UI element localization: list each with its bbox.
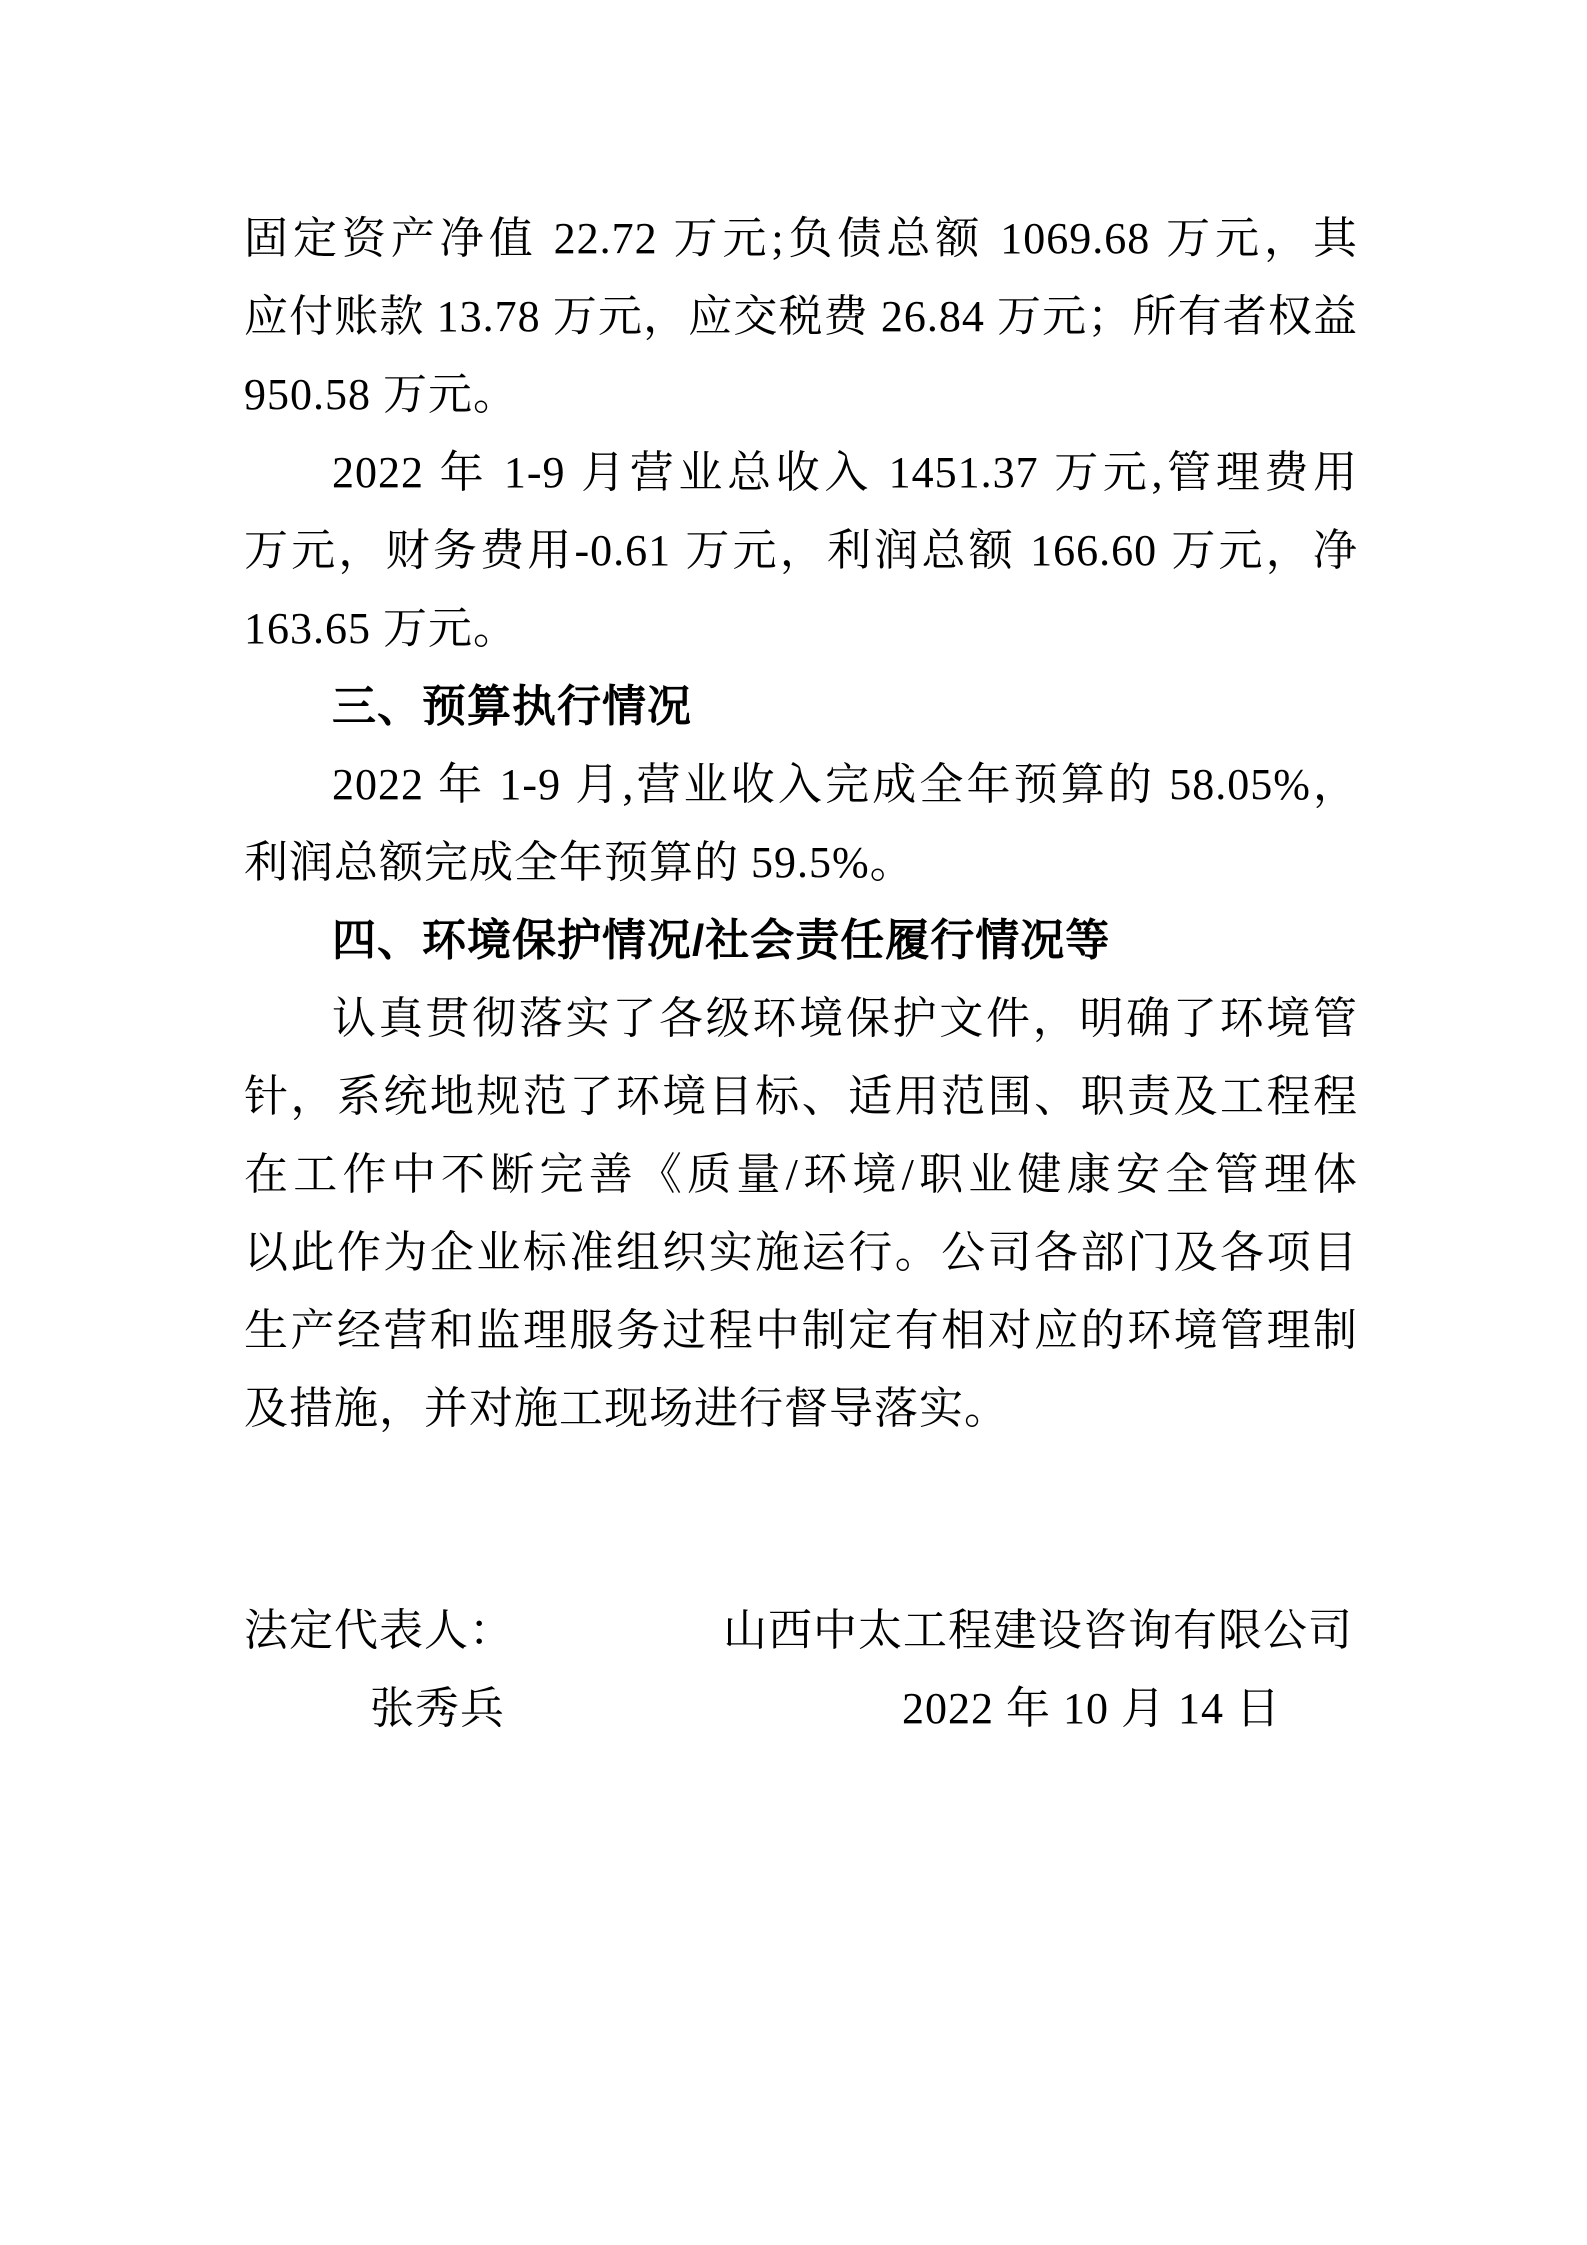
legal-representative-name: 张秀兵 <box>370 1670 505 1748</box>
body-line: 利润总额完成全年预算的 59.5%。 <box>244 824 1358 902</box>
section-heading-environmental-protection: 四、环境保护情况/社会责任履行情况等 <box>244 902 1358 980</box>
signature-row: 法定代表人： 山西中太工程建设咨询有限公司 <box>244 1592 1358 1670</box>
signature-row: 张秀兵 2022 年 10 月 14 日 <box>244 1670 1358 1748</box>
body-line: 950.58 万元。 <box>244 356 1358 434</box>
page-body: 固定资产净值 22.72 万元;负债总额 1069.68 万元，其中： 应付账款… <box>244 200 1358 1748</box>
body-line: 针，系统地规范了环境目标、适用范围、职责及工程程序。 <box>244 1058 1358 1136</box>
document-page: 固定资产净值 22.72 万元;负债总额 1069.68 万元，其中： 应付账款… <box>0 0 1587 2245</box>
blank-space <box>244 1448 1358 1592</box>
body-line: 认真贯彻落实了各级环境保护文件，明确了环境管理方 <box>244 980 1358 1058</box>
body-line: 固定资产净值 22.72 万元;负债总额 1069.68 万元，其中： <box>244 200 1358 278</box>
body-line: 在工作中不断完善《质量/环境/职业健康安全管理体系》， <box>244 1136 1358 1214</box>
body-line: 2022 年 1-9 月,营业收入完成全年预算的 58.05%，实现 <box>244 746 1358 824</box>
section-heading-budget-execution: 三、预算执行情况 <box>244 668 1358 746</box>
body-line: 2022 年 1-9 月营业总收入 1451.37 万元,管理费用 455.32 <box>244 434 1358 512</box>
report-date: 2022 年 10 月 14 日 <box>902 1670 1281 1748</box>
body-line: 万元，财务费用-0.61 万元，利润总额 166.60 万元，净利润 <box>244 512 1358 590</box>
body-line: 及措施，并对施工现场进行督导落实。 <box>244 1370 1358 1448</box>
legal-representative-label: 法定代表人： <box>244 1592 514 1670</box>
company-name: 山西中太工程建设咨询有限公司 <box>723 1592 1353 1670</box>
body-line: 生产经营和监理服务过程中制定有相对应的环境管理制度 <box>244 1292 1358 1370</box>
body-line: 应付账款 13.78 万元，应交税费 26.84 万元；所有者权益 <box>244 278 1358 356</box>
body-line: 以此作为企业标准组织实施运行。公司各部门及各项目部在 <box>244 1214 1358 1292</box>
body-line: 163.65 万元。 <box>244 590 1358 668</box>
